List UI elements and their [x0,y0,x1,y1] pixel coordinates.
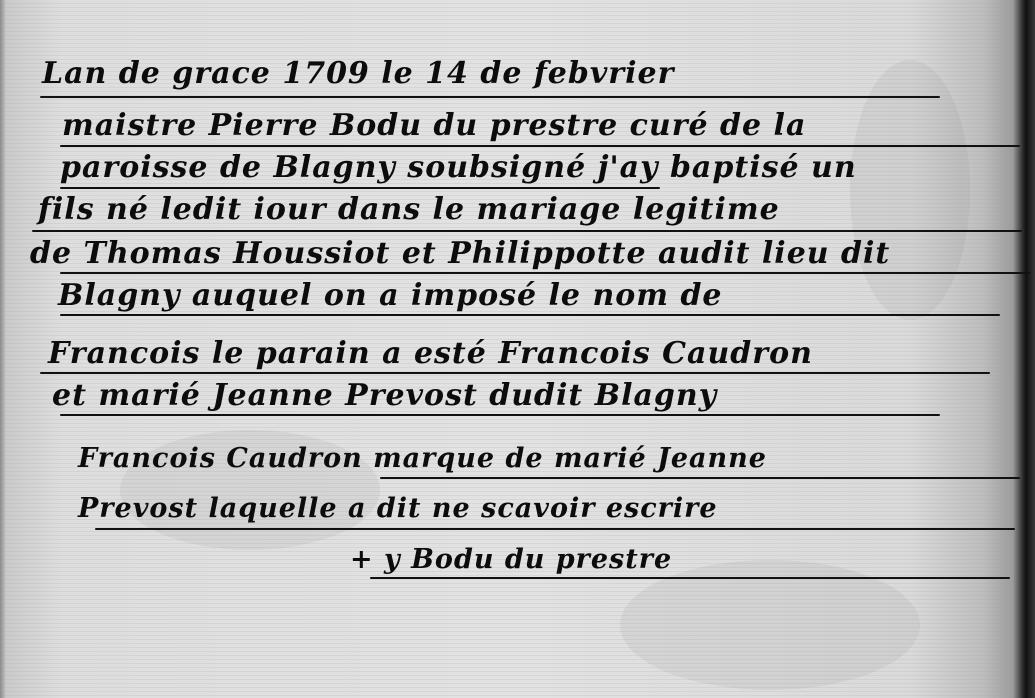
manuscript-line-9: Francois Caudron marque de marié Jeanne [78,443,767,474]
manuscript-page: Lan de grace 1709 le 14 de febvrier mais… [0,0,1035,698]
ruling-line [40,372,990,374]
manuscript-line-2: maistre Pierre Bodu du prestre curé de l… [62,108,806,143]
manuscript-line-3: paroisse de Blagny soubsigné j'ay baptis… [60,150,857,185]
manuscript-line-8: et marié Jeanne Prevost dudit Blagny [52,378,717,413]
ruling-line [40,96,940,98]
ruling-line [380,477,1020,479]
ruling-line [370,577,1010,579]
ruling-line [60,145,1020,147]
manuscript-line-11-signature: + y Bodu du prestre [350,544,672,575]
ruling-line [60,187,660,189]
binding-edge [1013,0,1035,698]
ruling-line [60,272,1030,274]
paper-stain [620,560,920,690]
page-left-edge [0,0,6,698]
manuscript-line-5: de Thomas Houssiot et Philippotte audit … [30,236,890,271]
manuscript-line-10: Prevost laquelle a dit ne scavoir escrir… [78,493,718,524]
ruling-line [60,314,1000,316]
manuscript-line-7: Francois le parain a esté Francois Caudr… [48,336,813,371]
manuscript-line-6: Blagny auquel on a imposé le nom de [58,278,723,313]
ruling-line [32,230,1022,232]
manuscript-line-4: fils né ledit iour dans le mariage legit… [38,192,780,227]
paper-stain [850,60,970,320]
ruling-line [60,414,940,416]
ruling-line [95,528,1015,530]
manuscript-line-1: Lan de grace 1709 le 14 de febvrier [42,56,674,91]
